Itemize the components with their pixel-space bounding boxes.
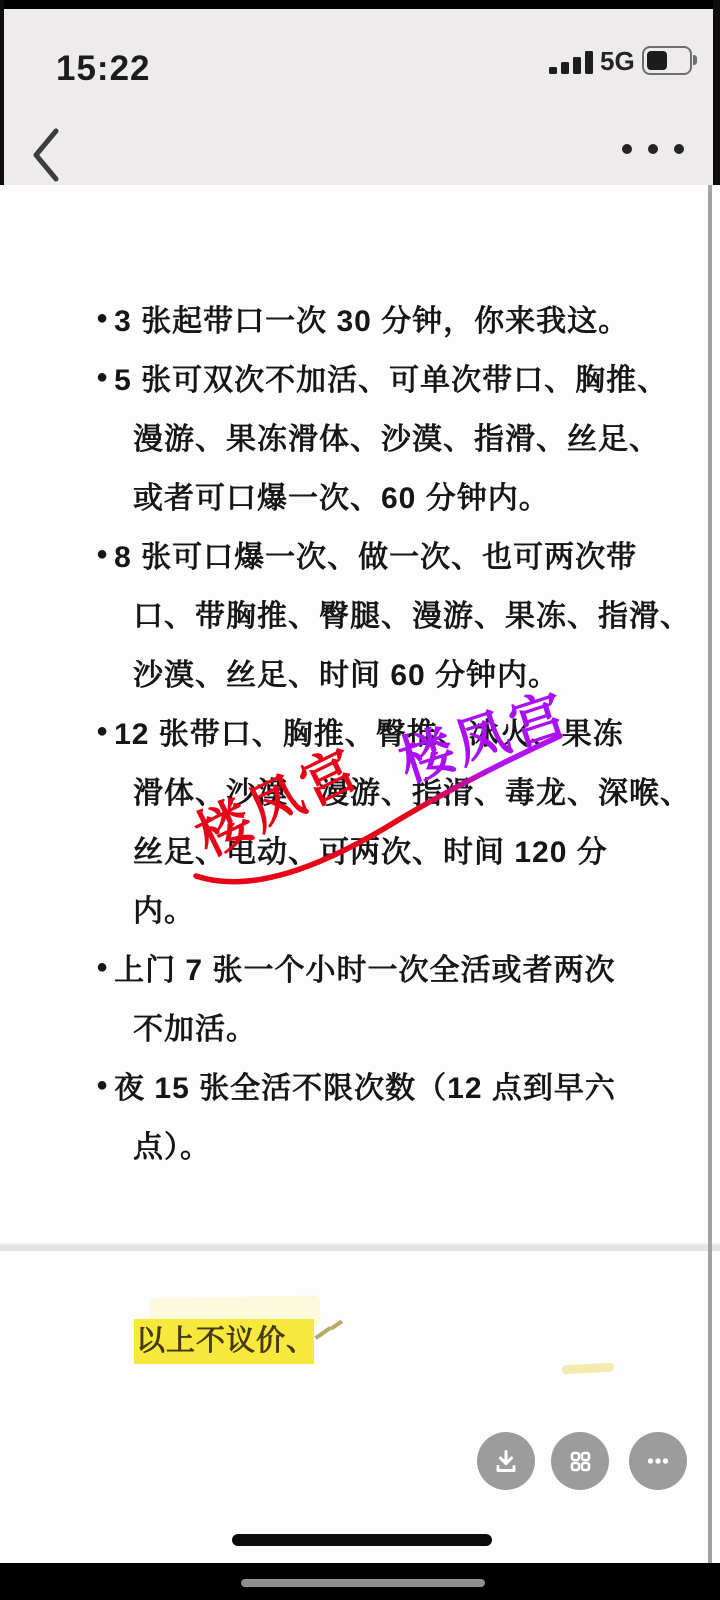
document-line: 点）。 — [96, 1114, 636, 1173]
home-indicator[interactable] — [241, 1579, 485, 1587]
photo-seam-divider — [0, 1243, 720, 1251]
bullet-icon: ● — [96, 366, 109, 389]
chevron-left-icon — [28, 125, 68, 185]
bullet-icon: ● — [96, 1074, 109, 1097]
grid-icon — [564, 1445, 596, 1477]
highlighted-note: 以上不议价、 — [134, 1319, 314, 1364]
document-line: ●上门 7 张一个小时一次全活或者两次 — [96, 937, 636, 996]
back-button[interactable] — [28, 125, 68, 185]
battery-nub — [693, 55, 697, 65]
more-menu-button[interactable] — [622, 131, 684, 167]
bullet-icon: ● — [96, 307, 109, 330]
document-line: ●3 张起带口一次 30 分钟，你来我这。 — [96, 288, 636, 347]
inner-home-indicator — [232, 1534, 492, 1546]
document-line: 漫游、果冻滑体、沙漠、指滑、丝足、 — [96, 406, 636, 465]
status-icons: 5G — [549, 46, 699, 74]
device-bottom-band — [0, 1563, 720, 1600]
frame-right-edge — [713, 0, 720, 185]
battery-fill — [647, 51, 668, 70]
bullet-icon: ● — [96, 956, 109, 979]
top-black-strip — [0, 0, 720, 9]
battery-icon — [642, 46, 692, 75]
cutoff-stroke — [330, 1320, 343, 1331]
bullet-icon: ● — [96, 720, 109, 743]
signal-strength-icon — [549, 51, 593, 74]
document-image[interactable]: ●3 张起带口一次 30 分钟，你来我这。●5 张可双次不加活、可单次带口、胸推… — [0, 185, 720, 1563]
status-nav-header: 15:22 5G — [0, 9, 720, 185]
ellipsis-icon — [622, 144, 632, 154]
more-actions-button[interactable] — [629, 1432, 687, 1490]
photo-right-edge — [708, 185, 712, 1563]
bullet-icon: ● — [96, 543, 109, 566]
frame-left-edge — [0, 0, 4, 185]
document-line: 口、带胸推、臀腿、漫游、果冻、指滑、 — [96, 583, 636, 642]
document-line: 或者可口爆一次、60 分钟内。 — [96, 465, 636, 524]
more-icon — [642, 1445, 674, 1477]
document-line: ●夜 15 张全活不限次数（12 点到早六 — [96, 1055, 636, 1114]
phone-screen: 15:22 5G ●3 张起带口一次 30 分钟，你来我这。●5 张可双次不加活… — [0, 0, 720, 1600]
apps-grid-button[interactable] — [551, 1432, 609, 1490]
faint-highlight-mark — [562, 1363, 614, 1375]
document-line: ●8 张可口爆一次、做一次、也可两次带 — [96, 524, 636, 583]
document-line: ●5 张可双次不加活、可单次带口、胸推、 — [96, 347, 636, 406]
download-icon — [490, 1445, 522, 1477]
document-line: 不加活。 — [96, 996, 636, 1055]
network-type-label: 5G — [600, 48, 635, 74]
download-button[interactable] — [477, 1432, 535, 1490]
clock-text: 15:22 — [56, 49, 151, 89]
cutoff-stroke — [314, 1326, 331, 1340]
